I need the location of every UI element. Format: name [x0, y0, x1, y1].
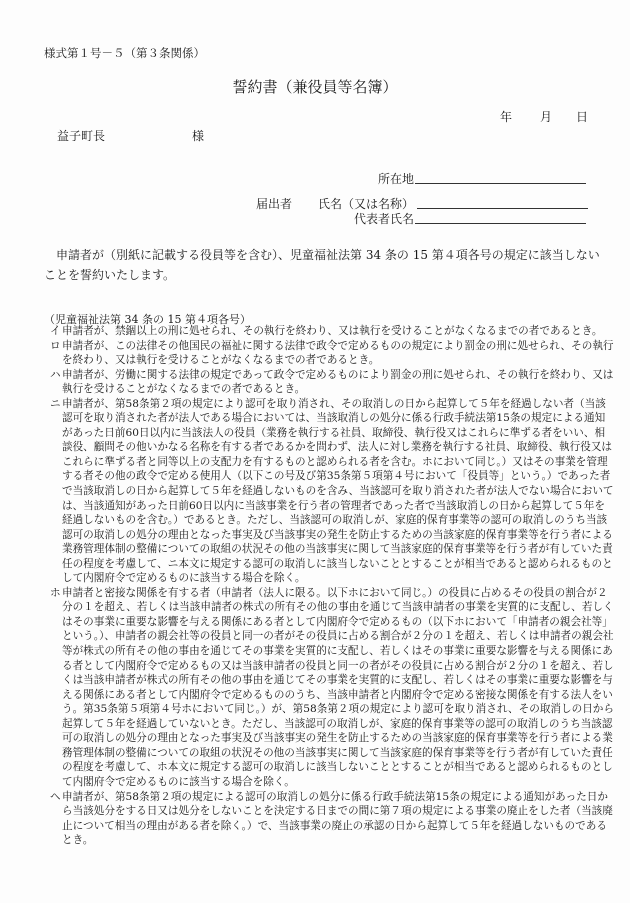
date-month-label: 月 — [540, 108, 552, 125]
date-day-label: 日 — [576, 108, 588, 125]
honorific: 様 — [192, 127, 204, 144]
date-year-label: 年 — [500, 108, 512, 125]
item-text: 申請者が、労働に関する法律の規定であって政令で定めるものにより罰金の刑に処せられ… — [62, 368, 614, 397]
item-text: 申請者が、この法律その他国民の福祉に関する法律で政令で定めるものの規定により罰金… — [62, 339, 614, 368]
item-marker: ニ — [50, 397, 61, 412]
list-item-ro: ロ 申請者が、この法律その他国民の福祉に関する法律で政令で定めるものの規定により… — [44, 339, 614, 368]
list-item-i: イ 申請者が、禁錮以上の刑に処せられ、その執行を終わり、又は執行を受けることがな… — [44, 324, 614, 339]
list-item-ni: ニ 申請者が、第58条第２項の規定により認可を取り消され、その取消しの日から起算… — [44, 397, 614, 586]
pledge-statement: 申請者が（別紙に記載する役員等を含む）、児童福祉法第 34 条の 15 第４項各… — [44, 245, 604, 285]
item-text: 申請者が、禁錮以上の刑に処せられ、その執行を終わり、又は執行を受けることがなくな… — [62, 324, 614, 339]
addressee: 益子町長 — [57, 127, 105, 144]
disqualification-items-list: イ 申請者が、禁錮以上の刑に処せられ、その執行を終わり、又は執行を受けることがな… — [44, 324, 614, 848]
item-text: 申請者が、第58条第２項の規定による認可の取消しの処分に係る行政手続法第15条の… — [62, 790, 614, 848]
field-label-address: 所在地 — [300, 170, 414, 187]
list-item-ha: ハ 申請者が、労働に関する法律の規定であって政令で定めるものにより罰金の刑に処せ… — [44, 368, 614, 397]
item-marker: イ — [50, 324, 61, 339]
form-number: 様式第１号－５（第３条関係） — [44, 45, 205, 61]
list-item-ho: ホ 申請者と密接な関係を有する者（申請者（法人に限る。以下ホにおいて同じ。）の役… — [44, 586, 614, 790]
representative-input-line[interactable] — [415, 223, 586, 224]
list-item-he: ヘ 申請者が、第58条第２項の規定による認可の取消しの処分に係る行政手続法第15… — [44, 790, 614, 848]
item-text: 申請者が、第58条第２項の規定により認可を取り消され、その取消しの日から起算して… — [62, 397, 614, 586]
field-label-representative: 代表者氏名 — [300, 210, 414, 227]
item-text: 申請者と密接な関係を有する者（申請者（法人に限る。以下ホにおいて同じ。）の役員に… — [62, 586, 614, 790]
name-input-line[interactable] — [417, 208, 588, 209]
item-marker: ハ — [50, 368, 61, 383]
address-input-line[interactable] — [415, 183, 586, 184]
applicant-group-label: 届出者 — [256, 195, 292, 212]
item-marker: ロ — [50, 339, 61, 354]
document-title: 誓約書（兼役員等名簿） — [0, 76, 630, 97]
item-marker: ヘ — [50, 790, 61, 805]
item-marker: ホ — [50, 586, 61, 601]
